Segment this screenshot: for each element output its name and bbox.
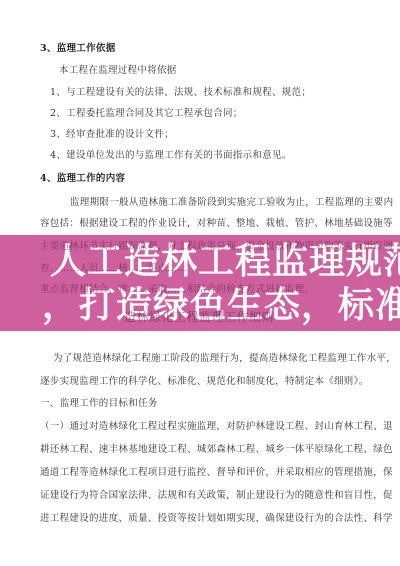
chapter-one-line-1: （一）通过对造林绿化工程过程实施监理，对防护林建设工程、封山育林工程、退 [40, 421, 393, 433]
content-paragraph-line-4: 查。……人员……核……重点…… [40, 263, 187, 275]
content-paragraph-line-5: 重点监督相结合，审……采取……相结合的检查方式进行监理。 [40, 284, 314, 296]
basis-item-4: 4、建设单位发出的与监理工作有关的书面指示和意见。 [50, 150, 292, 162]
basis-item-3: 3、经审查批准的设计文件； [50, 129, 174, 141]
basis-item-2: 2、工程委托监理合同及其它工程承包合同； [50, 108, 243, 120]
chapter-one-heading: 一、监理工作的目标和任务 [40, 398, 158, 410]
chapter-one-line-3: 通道工程等造林绿化工程项目进行监控、督导和评价，并采取相应的管理措施，保 [40, 467, 393, 479]
section-basis-intro: 本工程在监理过程中将依据 [59, 65, 177, 77]
basis-item-1: 1、与工程建设有关的法律、法规、技术标准和规程、规范； [50, 87, 311, 99]
chapter-one-line-4: 证建设行为符合国家法律、法规和有关政策，制止建设行为的随意性和盲目性，促 [40, 490, 393, 502]
content-paragraph-line-1: 监理期限一般从造林施工准备阶段到实施完工验收为止，工程监理的主要内 [70, 197, 393, 209]
section-content-heading: 4、监理工作的内容 [40, 173, 125, 185]
chapter-one-line-5: 进工程建设的进度、质量、投资等按计划如期实现，确保建设行为的合法性、科学 [40, 513, 393, 525]
content-paragraph-line-3: 主要造林环节实行跟踪监督，对工程政策兑现、资金投放和物资采购等实行跟踪调 [40, 241, 393, 253]
section-basis-heading: 3、监理工作依据 [40, 43, 116, 55]
document-page: 3、监理工作依据 本工程在监理过程中将依据 1、与工程建设有关的法律、法规、技术… [0, 0, 400, 566]
preface-line-1: 为了规范造林绿化工程施工阶段的监理行为，提高造林绿化工程监理工作水平， [53, 353, 396, 365]
chapter-one-line-2: 耕还林工程、速丰林基地建设工程、城郊森林工程、城乡一体平原绿化工程、绿色 [40, 444, 393, 456]
document-title: 造林绿化工程监理工作细则 [124, 311, 274, 323]
preface-line-2: 逐步实现监理工作的科学化、标准化、规范化和制度化，特制定本《细则》。 [40, 376, 368, 388]
content-paragraph-line-2: 容包括：根据建设工程的作业设计，对种苗、整地、栽植、管护、林地基础设施等 [40, 218, 393, 230]
